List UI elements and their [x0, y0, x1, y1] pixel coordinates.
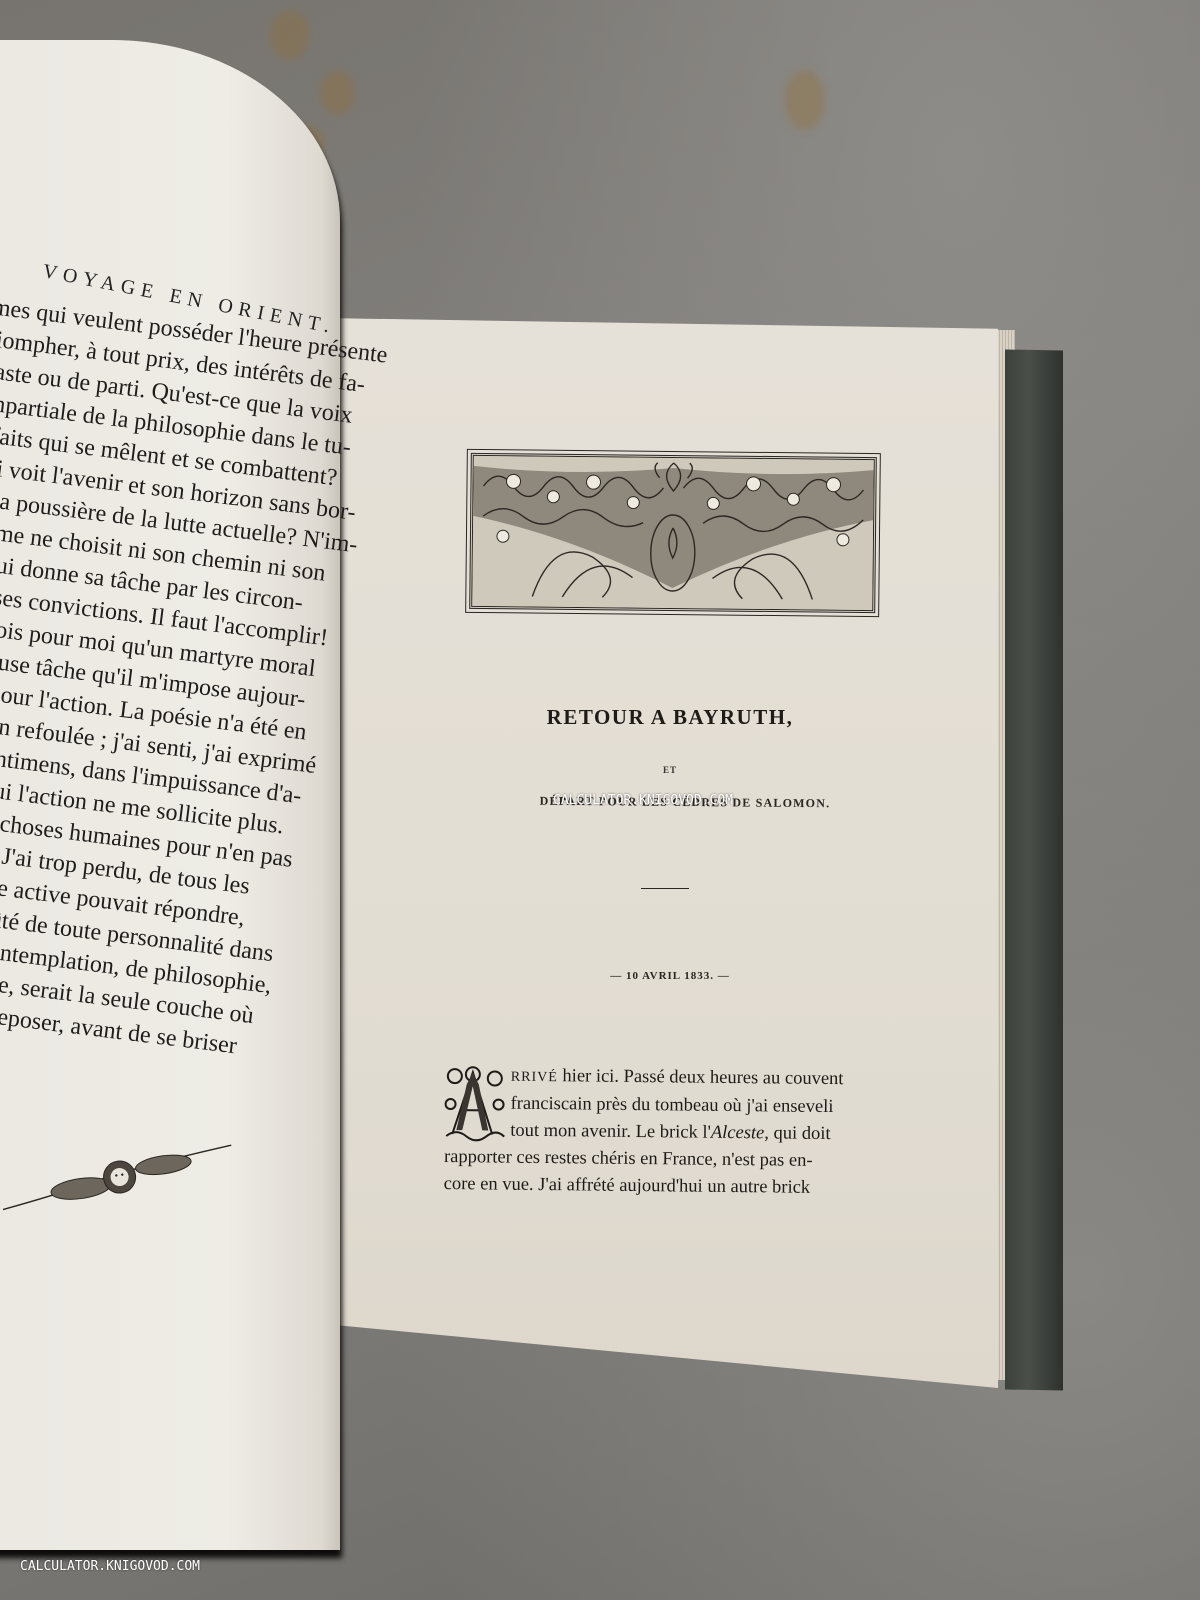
- marble-stain: [785, 70, 825, 130]
- chapter-conjunction: ET: [470, 765, 870, 775]
- entry-date: — 10 AVRIL 1833. —: [540, 970, 800, 982]
- body-line-4: rapporter ces restes chéris en France, n…: [444, 1147, 813, 1171]
- marble-stain: [320, 70, 355, 115]
- chapter-title: RETOUR A BAYRUTH,: [470, 705, 870, 730]
- watermark-bottom-left: CALCULATOR.KNIGOVOD.COM: [20, 1559, 200, 1574]
- body-line-5: core en vue. J'ai affrété aujourd'hui un…: [444, 1174, 811, 1198]
- arabesque-headpiece-icon: [469, 453, 877, 613]
- book-cover: [1005, 349, 1063, 1390]
- chapter-body: RRIVÉ hier ici. Passé deux heures au cou…: [444, 1062, 875, 1202]
- body-line-2: franciscain près du tombeau où j'ai ense…: [510, 1094, 833, 1117]
- section-rule: [641, 888, 689, 889]
- ship-name: Alceste: [711, 1123, 765, 1144]
- dropcap-continuation: RRIVÉ: [511, 1070, 558, 1085]
- watermark-center: CALCULATOR.KNIGOVOD.COM: [553, 793, 733, 808]
- body-line-1: hier ici. Passé deux heures au couvent: [558, 1066, 844, 1089]
- marble-stain: [270, 10, 310, 60]
- body-line-3a: tout mon avenir. Le brick l': [510, 1121, 711, 1143]
- knotwork-initial-a-icon: [444, 1064, 507, 1143]
- body-line-3b: , qui doit: [764, 1123, 831, 1144]
